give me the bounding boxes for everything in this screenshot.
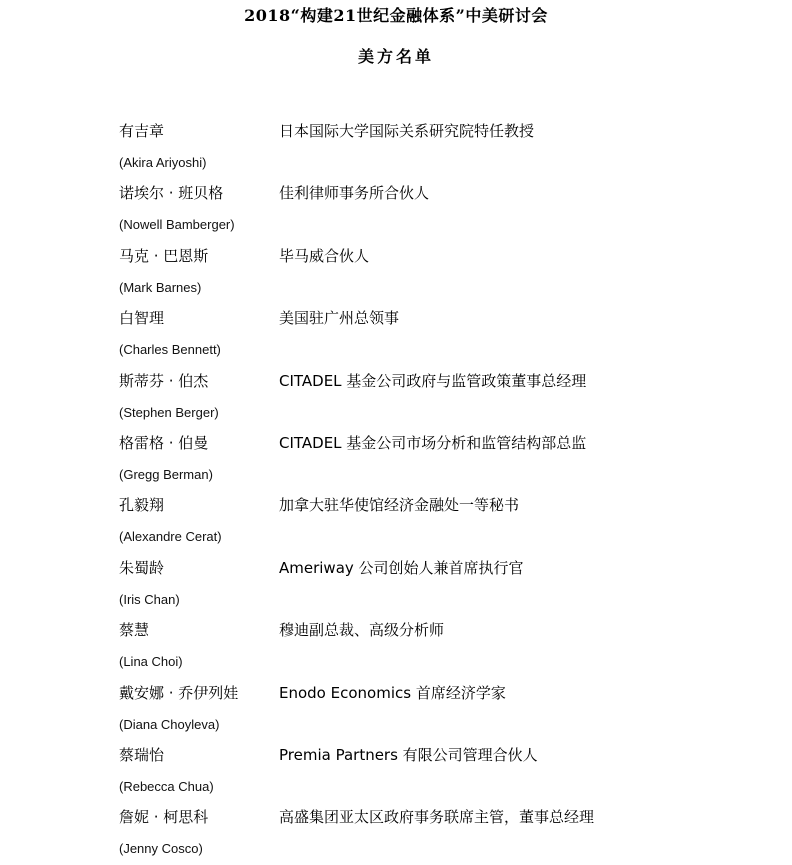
chinese-name: 蔡慧 <box>119 620 149 640</box>
affiliation: 佳利律师事务所合伙人 <box>279 183 429 203</box>
affiliation: Ameriway 公司创始人兼首席执行官 <box>279 558 524 578</box>
participant-entry: 斯蒂芬 · 伯杰 CITADEL 基金公司政府与监管政策董事总经理 (Steph… <box>119 369 739 431</box>
english-name: (Charles Bennett) <box>119 341 221 359</box>
chinese-name: 马克 · 巴恩斯 <box>119 246 208 266</box>
affiliation: Enodo Economics 首席经济学家 <box>279 683 506 703</box>
chinese-name: 孔毅翔 <box>119 495 164 515</box>
chinese-name: 格雷格 · 伯曼 <box>119 433 208 453</box>
participant-entry: 朱蜀龄 Ameriway 公司创始人兼首席执行官 (Iris Chan) <box>119 556 739 618</box>
chinese-name: 白智理 <box>119 308 164 328</box>
chinese-name: 朱蜀龄 <box>119 558 164 578</box>
english-name: (Lina Choi) <box>119 653 183 671</box>
chinese-name: 蔡瑞怡 <box>119 745 164 765</box>
english-name: (Rebecca Chua) <box>119 778 214 796</box>
affiliation: 毕马威合伙人 <box>279 246 369 266</box>
chinese-name: 斯蒂芬 · 伯杰 <box>119 371 208 391</box>
english-name: (Iris Chan) <box>119 591 180 609</box>
chinese-name: 有吉章 <box>119 121 164 141</box>
english-name: (Akira Ariyoshi) <box>119 154 206 172</box>
participant-entry: 诺埃尔 · 班贝格 佳利律师事务所合伙人 (Nowell Bamberger) <box>119 181 739 243</box>
participant-entry: 蔡瑞怡 Premia Partners 有限公司管理合伙人 (Rebecca C… <box>119 743 739 805</box>
affiliation: 高盛集团亚太区政府事务联席主管，董事总经理 <box>279 807 594 827</box>
participant-entry: 孔毅翔 加拿大驻华使馆经济金融处一等秘书 (Alexandre Cerat) <box>119 493 739 555</box>
affiliation: Premia Partners 有限公司管理合伙人 <box>279 745 538 765</box>
participant-entry: 有吉章 日本国际大学国际关系研究院特任教授 (Akira Ariyoshi) <box>119 119 739 181</box>
affiliation: 日本国际大学国际关系研究院特任教授 <box>279 121 534 141</box>
participant-entry: 白智理 美国驻广州总领事 (Charles Bennett) <box>119 306 739 368</box>
affiliation: CITADEL 基金公司市场分析和监管结构部总监 <box>279 433 586 453</box>
document-subtitle: 美方名单 <box>0 44 792 67</box>
participant-entry: 蔡慧 穆迪副总裁、高级分析师 (Lina Choi) <box>119 618 739 680</box>
chinese-name: 戴安娜 · 乔伊列娃 <box>119 683 238 703</box>
affiliation: 加拿大驻华使馆经济金融处一等秘书 <box>279 495 519 515</box>
participant-entry: 戴安娜 · 乔伊列娃 Enodo Economics 首席经济学家 (Diana… <box>119 681 739 743</box>
english-name: (Stephen Berger) <box>119 404 219 422</box>
participant-entry: 格雷格 · 伯曼 CITADEL 基金公司市场分析和监管结构部总监 (Gregg… <box>119 431 739 493</box>
english-name: (Gregg Berman) <box>119 466 213 484</box>
english-name: (Diana Choyleva) <box>119 716 219 734</box>
english-name: (Mark Barnes) <box>119 279 201 297</box>
english-name: (Alexandre Cerat) <box>119 528 222 546</box>
participant-entry: 詹妮 · 柯思科 高盛集团亚太区政府事务联席主管，董事总经理 (Jenny Co… <box>119 805 739 865</box>
participant-list: 有吉章 日本国际大学国际关系研究院特任教授 (Akira Ariyoshi) 诺… <box>119 119 739 865</box>
english-name: (Jenny Cosco) <box>119 840 203 858</box>
english-name: (Nowell Bamberger) <box>119 216 235 234</box>
participant-entry: 马克 · 巴恩斯 毕马威合伙人 (Mark Barnes) <box>119 244 739 306</box>
affiliation: CITADEL 基金公司政府与监管政策董事总经理 <box>279 371 586 391</box>
document-title: 2018“构建21世纪金融体系”中美研讨会 <box>0 3 792 26</box>
chinese-name: 詹妮 · 柯思科 <box>119 807 208 827</box>
affiliation: 美国驻广州总领事 <box>279 308 399 328</box>
chinese-name: 诺埃尔 · 班贝格 <box>119 183 223 203</box>
affiliation: 穆迪副总裁、高级分析师 <box>279 620 444 640</box>
